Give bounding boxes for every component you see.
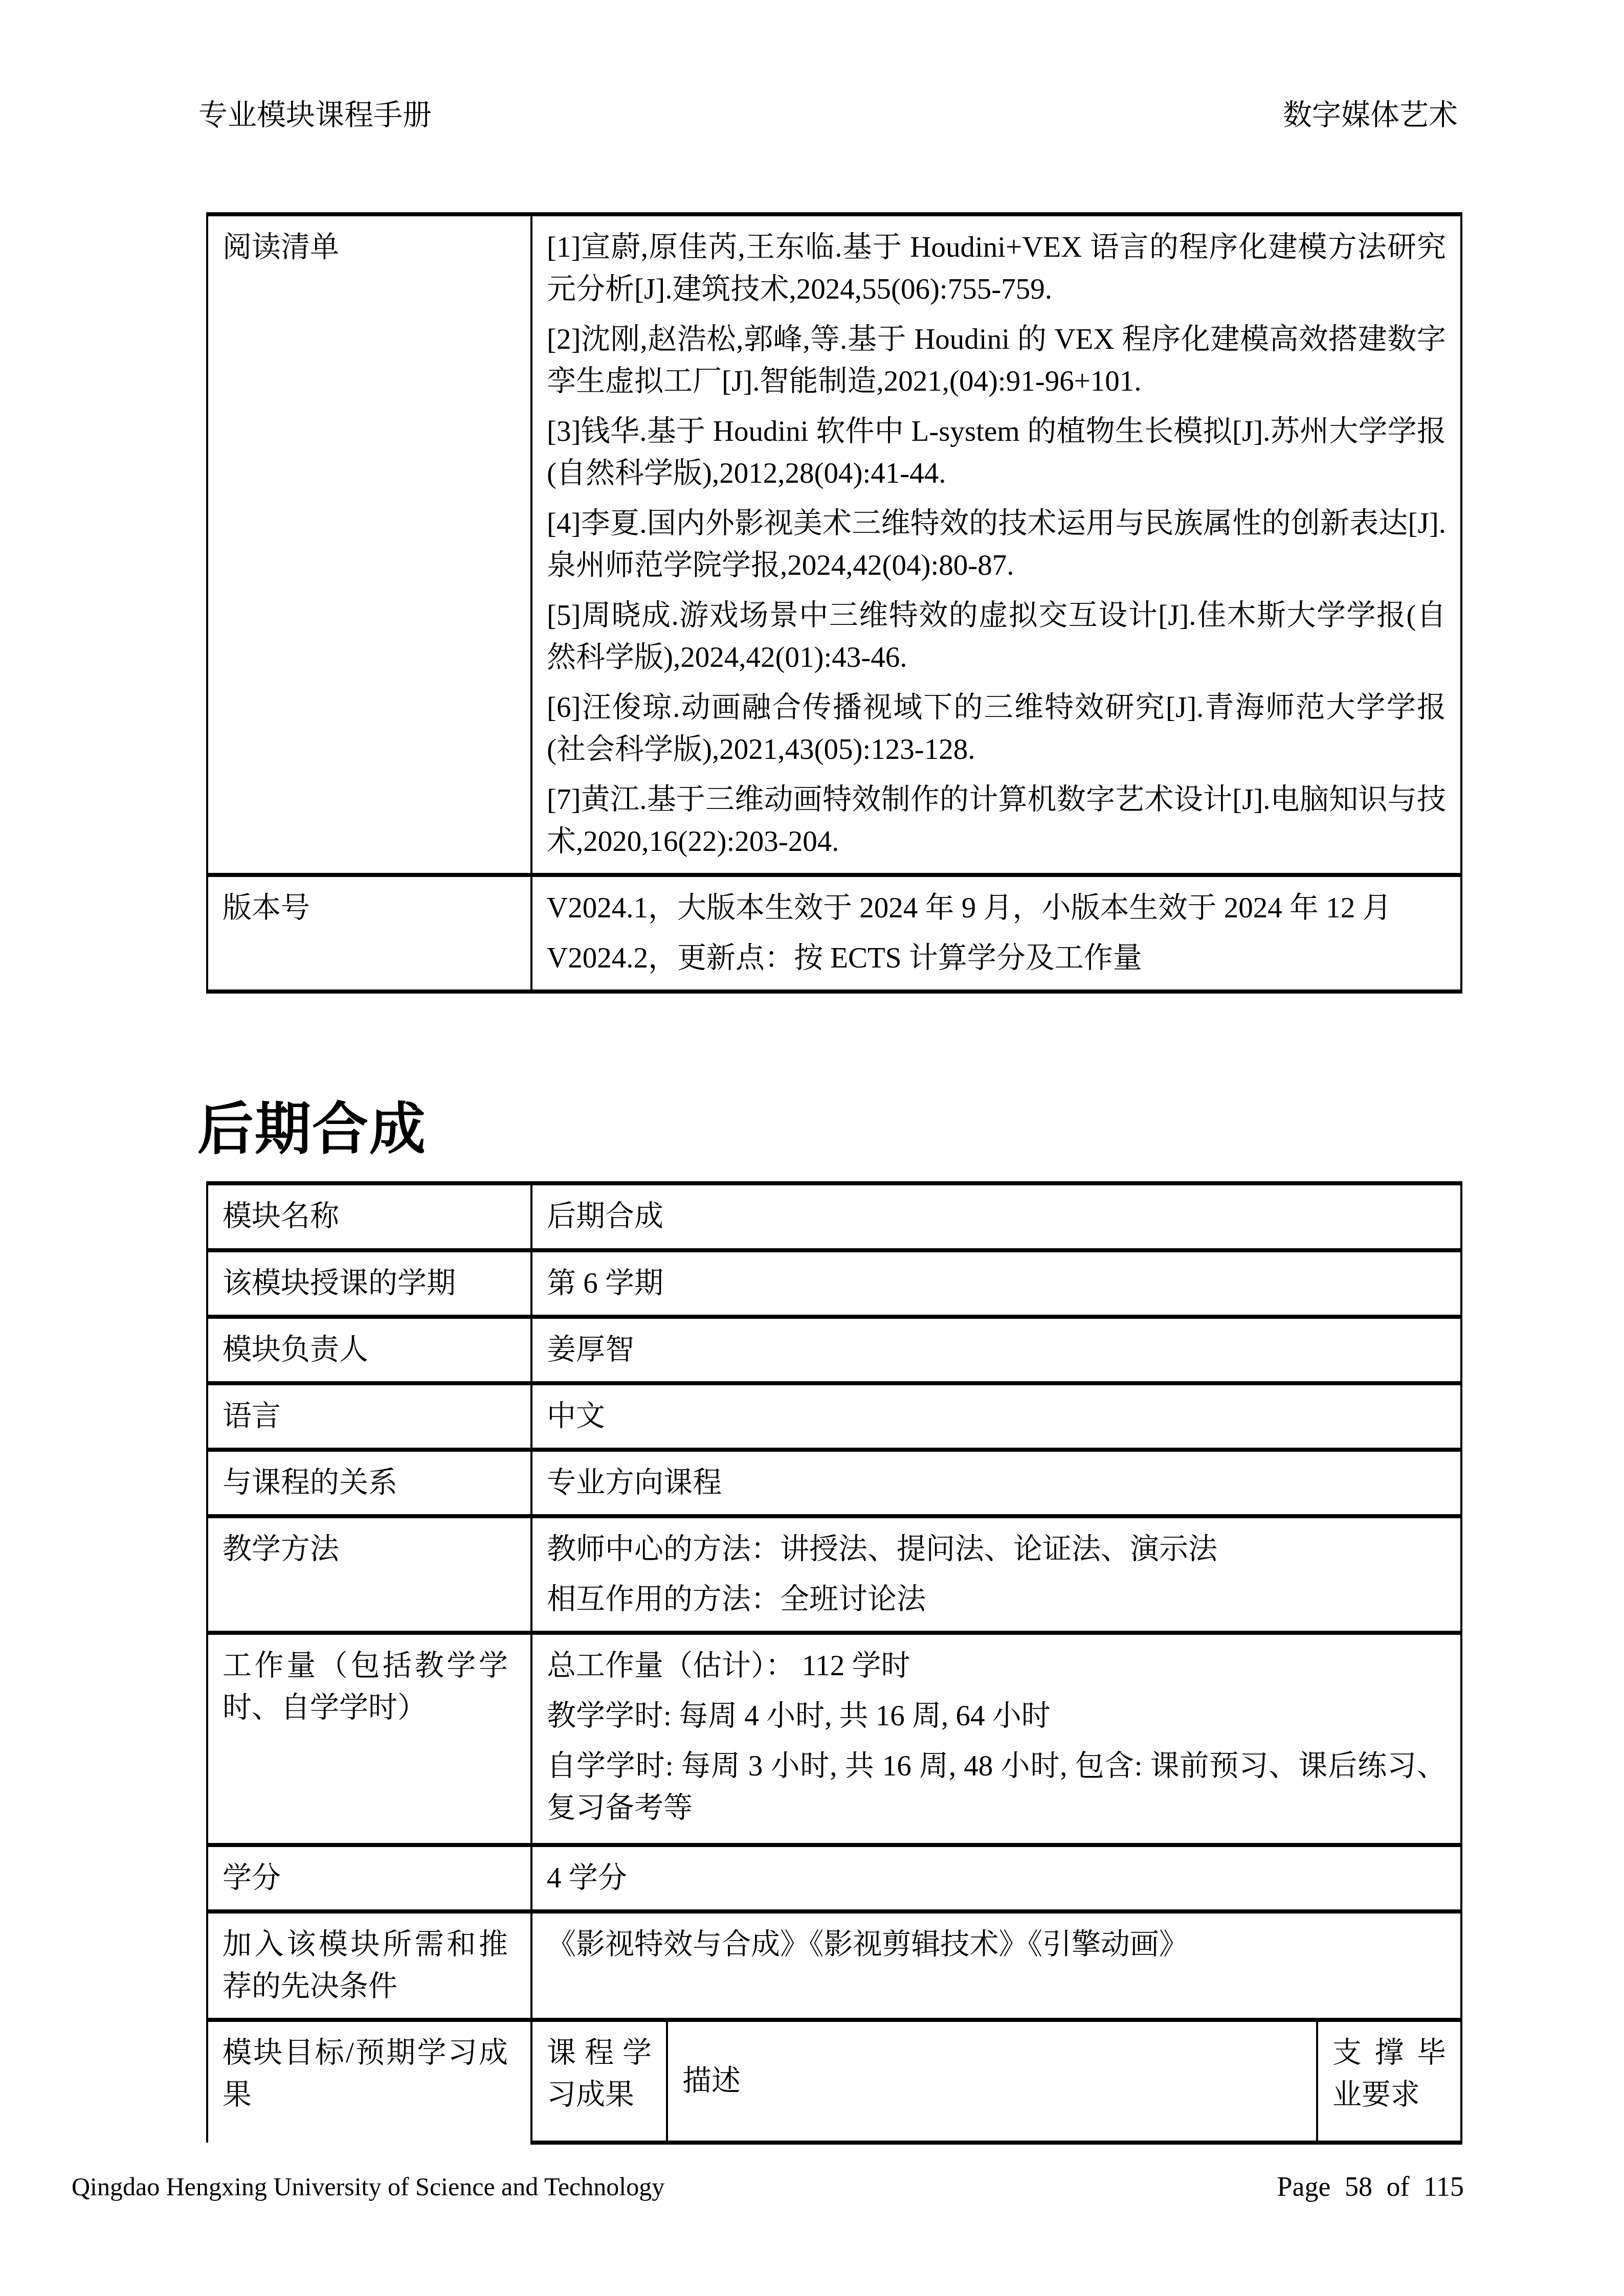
table-row: 该模块授课的学期 第 6 学期 bbox=[207, 1250, 1461, 1317]
footer-page-number: Page 58 of 115 bbox=[1197, 2171, 1464, 2202]
table-row: 加入该模块所需和推荐的先决条件 《影视特效与合成》《影视剪辑技术》《引擎动画》 bbox=[207, 1911, 1461, 2020]
section-title: 后期合成 bbox=[197, 1098, 427, 1161]
language-label-cell: 语言 bbox=[207, 1383, 531, 1450]
reading-list-table: 阅读清单 [1]宣蔚,原佳芮,王东临.基于 Houdini+VEX 语言的程序化… bbox=[206, 212, 1462, 994]
teaching-method-line: 相互作用的方法：全班讨论法 bbox=[547, 1579, 1446, 1620]
reading-list-row: 阅读清单 [1]宣蔚,原佳芮,王东临.基于 Houdini+VEX 语言的程序化… bbox=[207, 214, 1461, 875]
semester-value-cell: 第 6 学期 bbox=[531, 1250, 1461, 1317]
module-lead-value-cell: 姜厚智 bbox=[531, 1317, 1461, 1383]
version-content-cell: V2024.1，大版本生效于 2024 年 9 月，小版本生效于 2024 年 … bbox=[531, 875, 1461, 992]
handbook-page: { "header": { "left": "专业模块课程手册", "right… bbox=[0, 0, 1624, 2296]
table-row: 与课程的关系 专业方向课程 bbox=[207, 1450, 1461, 1516]
module-name-value-cell: 后期合成 bbox=[531, 1183, 1461, 1250]
table-row: 学分 4 学分 bbox=[207, 1845, 1461, 1911]
page-header: 专业模块课程手册 数字媒体艺术 bbox=[198, 97, 1458, 134]
header-right-title: 数字媒体艺术 bbox=[1283, 97, 1458, 134]
reference-item: [5]周晓成.游戏场景中三维特效的虚拟交互设计[J].佳木斯大学学报(自然科学版… bbox=[547, 595, 1446, 679]
table-row: 模块负责人 姜厚智 bbox=[207, 1317, 1461, 1383]
outcomes-description-col-header: 描述 bbox=[667, 2020, 1317, 2143]
outcomes-label-cell: 模块目标/预期学习成果 bbox=[207, 2020, 531, 2143]
workload-label-cell: 工作量（包括教学学时、自学学时） bbox=[207, 1633, 531, 1845]
reference-item: [4]李夏.国内外影视美术三维特效的技术运用与民族属性的创新表达[J].泉州师范… bbox=[547, 503, 1446, 587]
credits-label-cell: 学分 bbox=[207, 1845, 531, 1911]
version-line: V2024.1，大版本生效于 2024 年 9 月，小版本生效于 2024 年 … bbox=[547, 887, 1446, 929]
version-row: 版本号 V2024.1，大版本生效于 2024 年 9 月，小版本生效于 202… bbox=[207, 875, 1461, 992]
footer-university-name: Qingdao Hengxing University of Science a… bbox=[72, 2171, 664, 2202]
reading-list-content-cell: [1]宣蔚,原佳芮,王东临.基于 Houdini+VEX 语言的程序化建模方法研… bbox=[531, 214, 1461, 875]
workload-value-cell: 总工作量（估计）： 112 学时 教学学时: 每周 4 小时, 共 16 周, … bbox=[531, 1633, 1461, 1845]
table-row: 模块名称 后期合成 bbox=[207, 1183, 1461, 1250]
outcomes-header-row: 模块目标/预期学习成果 课程学习成果 描述 支撑毕业要求 bbox=[207, 2020, 1461, 2143]
module-info-table: 模块名称 后期合成 该模块授课的学期 第 6 学期 模块负责人 姜厚智 语言 中… bbox=[206, 1181, 1462, 2145]
module-name-label-cell: 模块名称 bbox=[207, 1183, 531, 1250]
workload-line: 总工作量（估计）： 112 学时 bbox=[547, 1645, 1446, 1687]
outcomes-course-col-header: 课程学习成果 bbox=[531, 2020, 667, 2143]
workload-line: 教学学时: 每周 4 小时, 共 16 周, 64 小时 bbox=[547, 1695, 1446, 1737]
teaching-method-line: 教师中心的方法：讲授法、提问法、论证法、演示法 bbox=[547, 1528, 1446, 1570]
table-row: 语言 中文 bbox=[207, 1383, 1461, 1450]
outcomes-support-col-header: 支撑毕业要求 bbox=[1317, 2020, 1461, 2143]
header-left-title: 专业模块课程手册 bbox=[198, 97, 432, 134]
prerequisites-label-cell: 加入该模块所需和推荐的先决条件 bbox=[207, 1911, 531, 2020]
teaching-methods-value-cell: 教师中心的方法：讲授法、提问法、论证法、演示法 相互作用的方法：全班讨论法 bbox=[531, 1516, 1461, 1633]
module-lead-label-cell: 模块负责人 bbox=[207, 1317, 531, 1383]
reference-item: [2]沈刚,赵浩松,郭峰,等.基于 Houdini 的 VEX 程序化建模高效搭… bbox=[547, 319, 1446, 402]
reading-list-label-cell: 阅读清单 bbox=[207, 214, 531, 875]
reference-item: [7]黄江.基于三维动画特效制作的计算机数字艺术设计[J].电脑知识与技术,20… bbox=[547, 779, 1446, 863]
version-line: V2024.2，更新点：按 ECTS 计算学分及工作量 bbox=[547, 937, 1446, 979]
reference-item: [6]汪俊琼.动画融合传播视域下的三维特效研究[J].青海师范大学学报(社会科学… bbox=[547, 687, 1446, 771]
curriculum-relation-label-cell: 与课程的关系 bbox=[207, 1450, 531, 1516]
reference-item: [1]宣蔚,原佳芮,王东临.基于 Houdini+VEX 语言的程序化建模方法研… bbox=[547, 227, 1446, 310]
reference-item: [3]钱华.基于 Houdini 软件中 L-system 的植物生长模拟[J]… bbox=[547, 411, 1446, 494]
semester-label-cell: 该模块授课的学期 bbox=[207, 1250, 531, 1317]
teaching-methods-label-cell: 教学方法 bbox=[207, 1516, 531, 1633]
credits-value-cell: 4 学分 bbox=[531, 1845, 1461, 1911]
language-value-cell: 中文 bbox=[531, 1383, 1461, 1450]
workload-line: 自学学时: 每周 3 小时, 共 16 周, 48 小时, 包含: 课前预习、课… bbox=[547, 1745, 1446, 1829]
prerequisites-value-cell: 《影视特效与合成》《影视剪辑技术》《引擎动画》 bbox=[531, 1911, 1461, 2020]
table-row: 教学方法 教师中心的方法：讲授法、提问法、论证法、演示法 相互作用的方法：全班讨… bbox=[207, 1516, 1461, 1633]
table-row: 工作量（包括教学学时、自学学时） 总工作量（估计）： 112 学时 教学学时: … bbox=[207, 1633, 1461, 1845]
version-label-cell: 版本号 bbox=[207, 875, 531, 992]
curriculum-relation-value-cell: 专业方向课程 bbox=[531, 1450, 1461, 1516]
